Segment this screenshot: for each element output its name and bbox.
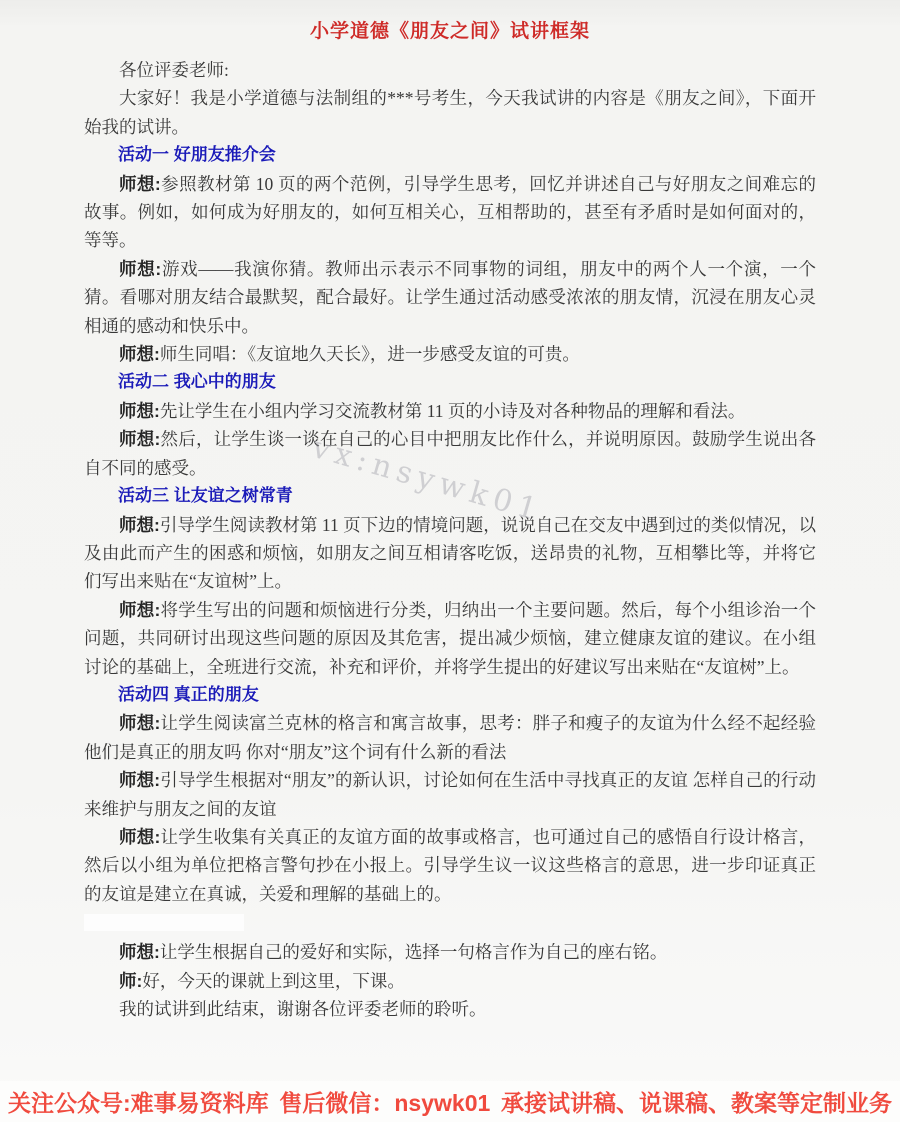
speaker-label: 师想: [119, 770, 160, 790]
footer-official-account: 关注公众号:难事易资料库 [8, 1085, 269, 1118]
speaker-label: 师想: [119, 600, 160, 620]
paragraph: 师想:将学生写出的问题和烦恼进行分类，归纳出一个主要问题。然后，每个小组诊治一个… [84, 596, 816, 681]
document-page: 小学道德《朋友之间》试讲框架 vx:nsywk01 各位评委老师:大家好！我是小… [0, 0, 900, 1122]
blank-gap [84, 908, 816, 938]
paragraph: 师想:引导学生阅读教材第 11 页下边的情境问题，说说自己在交友中遇到过的类似情… [84, 511, 816, 596]
paragraph: 师想:让学生根据自己的爱好和实际，选择一句格言作为自己的座右铭。 [84, 938, 816, 966]
speaker-label: 师想: [119, 942, 160, 962]
light-band [84, 914, 244, 931]
speaker-label: 师想: [119, 259, 161, 279]
activity-heading: 活动四 真正的朋友 [84, 681, 816, 709]
speaker-label: 师想: [119, 827, 160, 847]
activity-heading: 活动二 我心中的朋友 [84, 368, 816, 396]
speaker-label: 师想: [119, 713, 160, 733]
activity-heading: 活动一 好朋友推介会 [84, 141, 816, 169]
paragraph: 师想:让学生阅读富兰克林的格言和寓言故事，思考：胖子和瘦子的友谊为什么经不起经验… [84, 709, 816, 766]
document-body: 各位评委老师:大家好！我是小学道德与法制组的***号考生，今天我试讲的内容是《朋… [84, 56, 816, 1023]
paragraph: 大家好！我是小学道德与法制组的***号考生，今天我试讲的内容是《朋友之间》，下面… [84, 84, 816, 141]
paragraph: 师想:参照教材第 10 页的两个范例，引导学生思考，回忆并讲述自己与好朋友之间难… [84, 170, 816, 255]
paragraph: 师想:让学生收集有关真正的友谊方面的故事或格言，也可通过自己的感悟自行设计格言，… [84, 823, 816, 908]
speaker-label: 师想: [119, 515, 160, 535]
paragraph: 各位评委老师: [84, 56, 816, 84]
paragraph: 师想:然后，让学生谈一谈在自己的心目中把朋友比作什么，并说明原因。鼓励学生说出各… [84, 425, 816, 482]
paragraph: 师:好，今天的课就上到这里，下课。 [84, 967, 816, 995]
footer-wechat-id: 售后微信：nsywk01 [279, 1085, 490, 1118]
activity-heading: 活动三 让友谊之树常青 [84, 482, 816, 510]
paragraph: 师想:引导学生根据对“朋友”的新认识，讨论如何在生活中寻找真正的友谊 怎样自己的… [84, 766, 816, 823]
paragraph: 师想:师生同唱：《友谊地久天长》，进一步感受友谊的可贵。 [84, 340, 816, 368]
paragraph: 师想:先让学生在小组内学习交流教材第 11 页的小诗及对各种物品的理解和看法。 [84, 397, 816, 425]
document-title: 小学道德《朋友之间》试讲框架 [0, 0, 900, 43]
footer-services: 承接试讲稿、说课稿、教案等定制业务 [501, 1085, 892, 1118]
paragraph: 我的试讲到此结束，谢谢各位评委老师的聆听。 [84, 995, 816, 1023]
paragraph: 师想:游戏——我演你猜。教师出示表示不同事物的词组，朋友中的两个人一个演，一个猜… [84, 255, 816, 340]
speaker-label: 师想: [119, 174, 161, 194]
speaker-label: 师想: [119, 344, 160, 364]
speaker-label: 师想: [119, 401, 160, 421]
footer-banner: 关注公众号:难事易资料库 售后微信：nsywk01 承接试讲稿、说课稿、教案等定… [0, 1081, 900, 1122]
speaker-label: 师想: [119, 429, 160, 449]
speaker-label: 师: [119, 971, 142, 991]
